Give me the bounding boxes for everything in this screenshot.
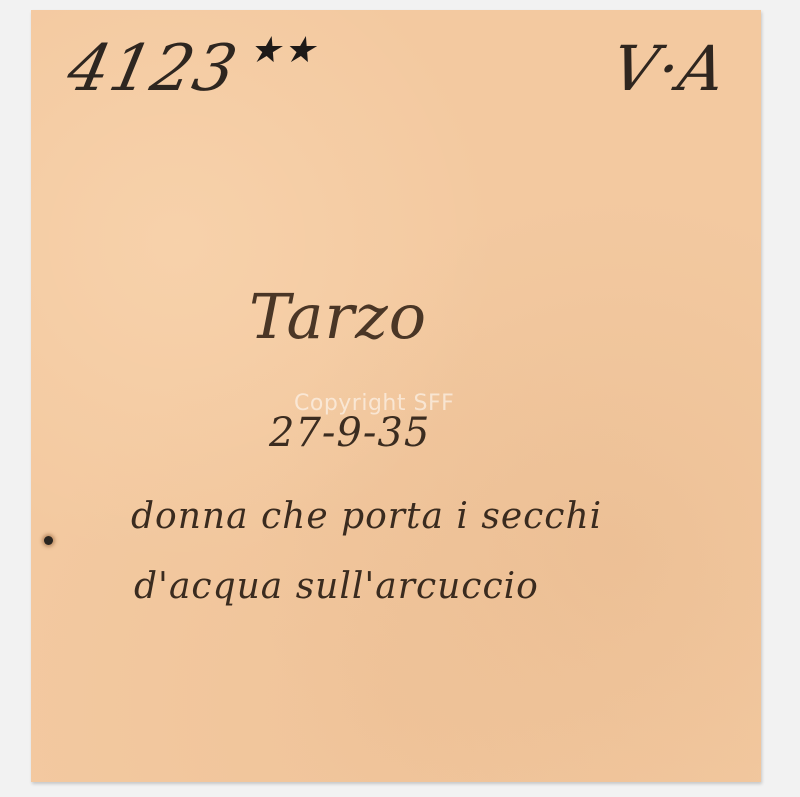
description-line-2: d'acqua sull'arcuccio bbox=[134, 566, 539, 607]
description-line-1: donna che porta i secchi bbox=[131, 496, 602, 537]
punch-hole-icon bbox=[44, 536, 53, 545]
place-name: Tarzo bbox=[249, 280, 427, 353]
catalog-number: 4123 bbox=[61, 32, 244, 106]
date: 27-9-35 bbox=[269, 410, 430, 456]
index-card: 4123 ★★ V·A Tarzo Copyright SFF 27-9-35 … bbox=[31, 10, 761, 782]
star-rating-icon: ★★ bbox=[249, 30, 318, 71]
classification-code: V·A bbox=[607, 32, 732, 105]
